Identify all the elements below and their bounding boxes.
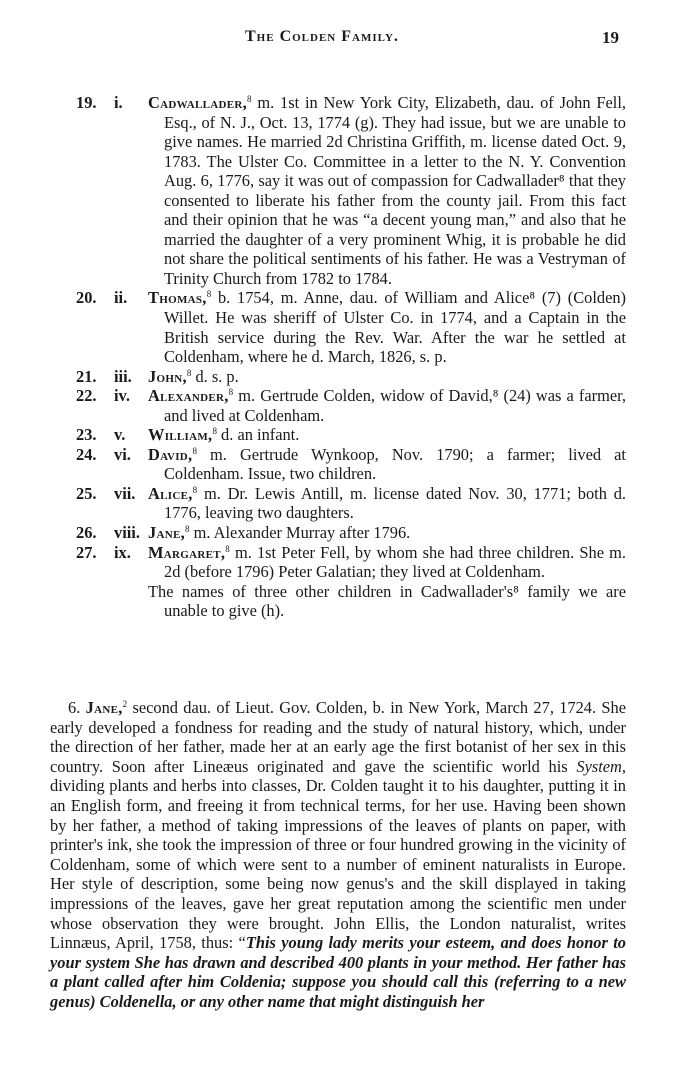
entry-text: m. Alexander Murray after 1796. [190, 523, 411, 542]
genealogy-entry: 27. ix. Margaret,8 m. 1st Peter Fell, by… [0, 543, 700, 582]
entry-body: Margaret,8 m. 1st Peter Fell, by whom sh… [164, 543, 626, 582]
family-note: The names of three other children in Cad… [164, 582, 626, 621]
genealogy-entry: 21. iii. John,8 d. s. p. [0, 367, 700, 387]
entry-roman: iii. [114, 367, 132, 387]
person-name: Alice, [148, 484, 193, 503]
entry-number: 23. [76, 425, 97, 445]
entry-body: William,8 d. an infant. [164, 425, 626, 445]
genealogy-entry: 23. v. William,8 d. an infant. [0, 425, 700, 445]
entry-number: 26. [76, 523, 97, 543]
entry-text: m. Dr. Lewis Antill, m. license dated No… [164, 484, 626, 523]
entry-body: Jane,8 m. Alexander Murray after 1796. [164, 523, 626, 543]
entry-roman: vi. [114, 445, 131, 465]
entry-roman: ii. [114, 288, 127, 308]
person-name: William, [148, 425, 212, 444]
genealogy-entry: 25. vii. Alice,8 m. Dr. Lewis Antill, m.… [0, 484, 700, 523]
entry-text: m. Gertrude Colden, widow of David,⁸ (24… [164, 386, 626, 425]
entry-number: 24. [76, 445, 97, 465]
system-word: System [576, 757, 622, 776]
entry-roman: ix. [114, 543, 131, 563]
page-number: 19 [602, 28, 619, 48]
person-name: Alexander, [148, 386, 229, 405]
genealogy-entry: 26. viii. Jane,8 m. Alexander Murray aft… [0, 523, 700, 543]
entry-body: David,8 m. Gertrude Wynkoop, Nov. 1790; … [164, 445, 626, 484]
biography-paragraph: 6. Jane,2 second dau. of Lieut. Gov. Col… [50, 698, 626, 1012]
entry-body: Thomas,8 b. 1754, m. Anne, dau. of Willi… [164, 288, 626, 366]
entry-text: m. Gertrude Wynkoop, Nov. 1790; a farmer… [164, 445, 626, 484]
paragraph-text: second dau. of Lieut. Gov. Colden, b. in… [50, 698, 626, 776]
person-name: Jane, [86, 698, 123, 717]
entry-number: 21. [76, 367, 97, 387]
entry-text: d. s. p. [191, 367, 238, 386]
entry-text: d. an infant. [217, 425, 299, 444]
entry-roman: i. [114, 93, 123, 113]
running-title: The Colden Family. [245, 28, 399, 46]
genealogy-entry: 20. ii. Thomas,8 b. 1754, m. Anne, dau. … [0, 288, 700, 366]
entry-number: 22. [76, 386, 97, 406]
entry-number: 19. [76, 93, 97, 113]
person-name: Cadwallader, [148, 93, 247, 112]
entry-number: 27. [76, 543, 97, 563]
entry-text: m. 1st in New York City, Elizabeth, dau.… [164, 93, 626, 288]
person-name: John, [148, 367, 187, 386]
entry-body: Cadwallader,8 m. 1st in New York City, E… [164, 93, 626, 288]
document-page: The Colden Family. 19 19. i. Cadwallader… [0, 0, 700, 1078]
person-name: Jane, [148, 523, 185, 542]
entry-roman: vii. [114, 484, 135, 504]
paragraph-text: , dividing plants and herbs into classes… [50, 757, 626, 952]
person-name: Thomas, [148, 288, 207, 307]
entry-body: Alice,8 m. Dr. Lewis Antill, m. license … [164, 484, 626, 523]
entry-number: 25. [76, 484, 97, 504]
genealogy-entry: 19. i. Cadwallader,8 m. 1st in New York … [0, 93, 700, 288]
genealogy-entry: 24. vi. David,8 m. Gertrude Wynkoop, Nov… [0, 445, 700, 484]
person-name: Margaret, [148, 543, 225, 562]
person-name: David, [148, 445, 192, 464]
running-head: The Colden Family. 19 [0, 28, 700, 50]
entry-roman: v. [114, 425, 125, 445]
entry-text: m. 1st Peter Fell, by whom she had three… [164, 543, 626, 582]
genealogy-entry: 22. iv. Alexander,8 m. Gertrude Colden, … [0, 386, 700, 425]
genealogy-entries: 19. i. Cadwallader,8 m. 1st in New York … [0, 93, 700, 621]
entry-roman: viii. [114, 523, 140, 543]
entry-body: John,8 d. s. p. [164, 367, 626, 387]
entry-body: Alexander,8 m. Gertrude Colden, widow of… [164, 386, 626, 425]
entry-text: b. 1754, m. Anne, dau. of William and Al… [164, 288, 626, 366]
paragraph-number: 6. [68, 698, 80, 717]
entry-number: 20. [76, 288, 97, 308]
entry-roman: iv. [114, 386, 130, 406]
